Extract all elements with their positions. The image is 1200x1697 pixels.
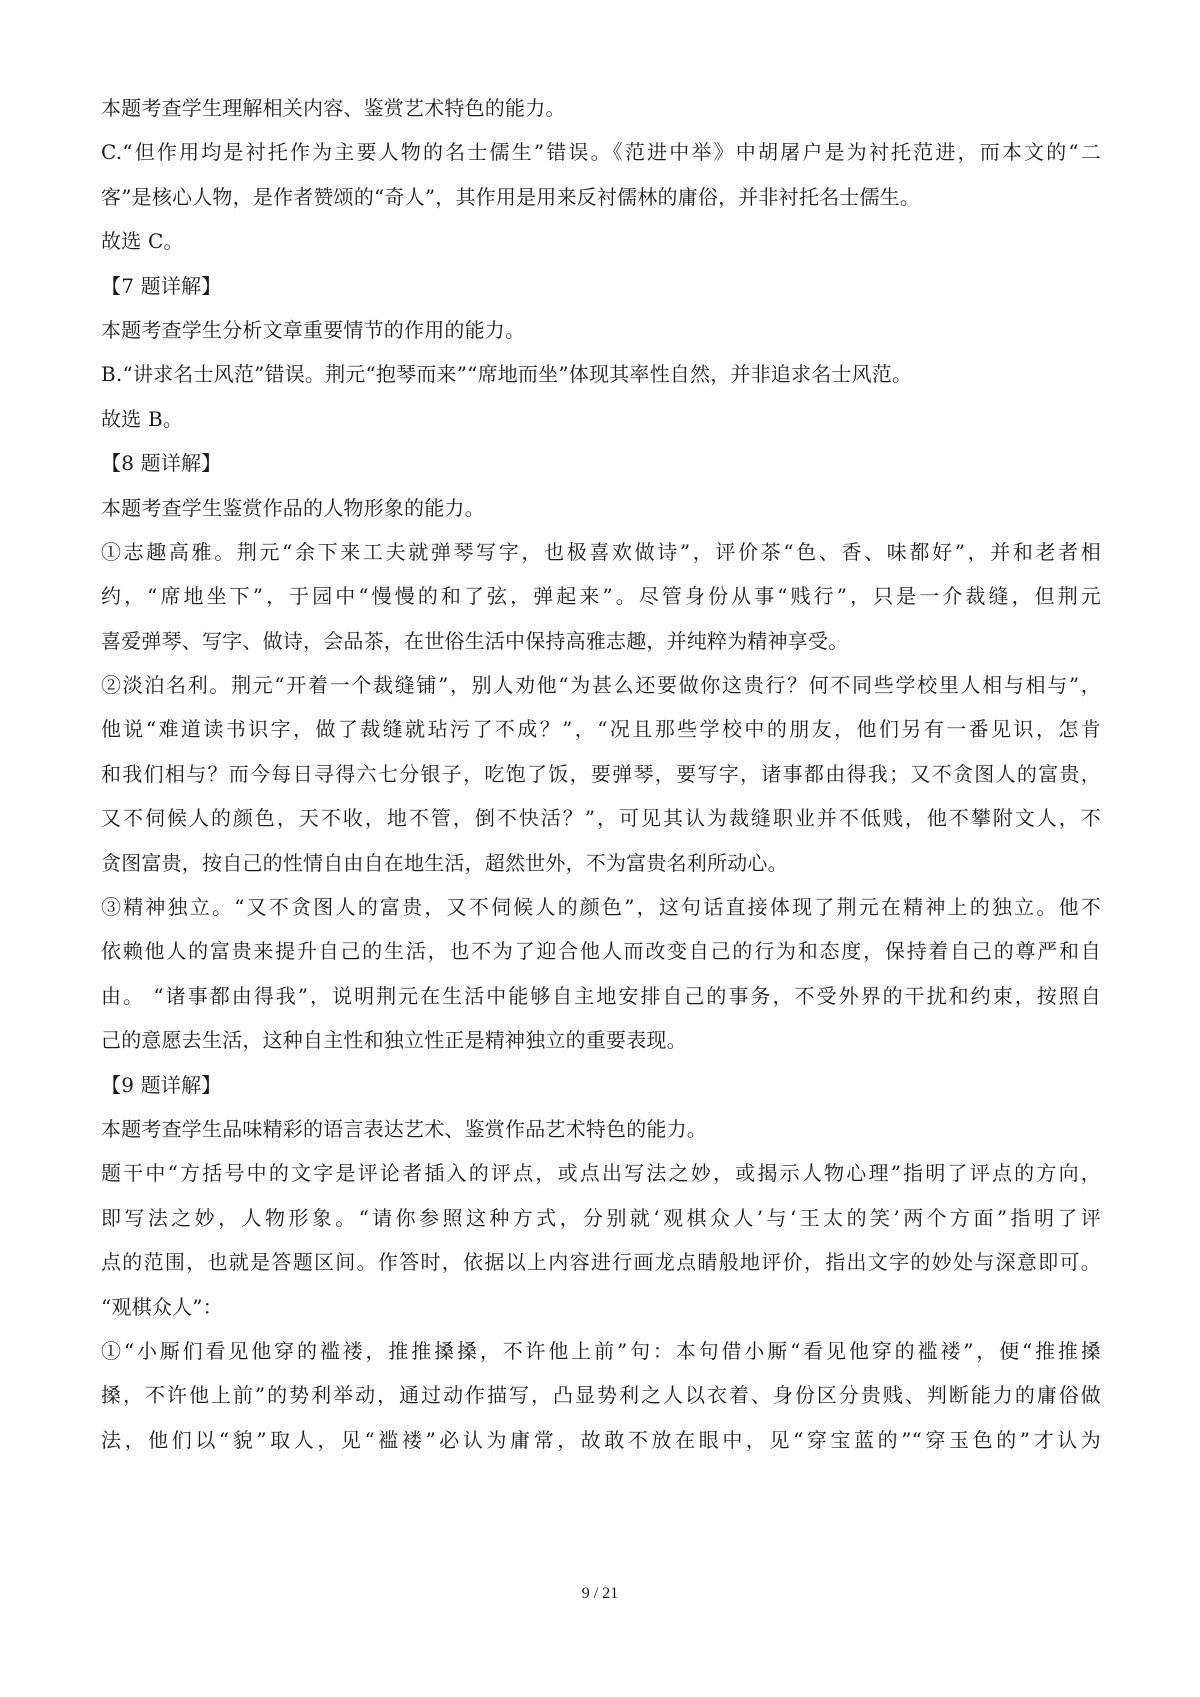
text-line: 本题考查学生分析文章重要情节的作用的能力。 — [101, 308, 1101, 352]
text-line: 己的意愿去生活，这种自主性和独立性正是精神独立的重要表现。 — [101, 1018, 1101, 1062]
text-line: 本题考查学生理解相关内容、鉴赏艺术特色的能力。 — [101, 86, 1101, 130]
text-line: 【8 题详解】 — [101, 441, 1101, 485]
text-line: “观棋众人”： — [101, 1285, 1101, 1329]
text-line: ②淡泊名利。荆元“开着一个裁缝铺”，别人劝他“为甚么还要做你这贵行？何不同些学校… — [101, 663, 1101, 707]
text-line: 故选 C。 — [101, 219, 1101, 263]
text-line: ③精神独立。“又不贪图人的富贵，又不伺候人的颜色”，这句话直接体现了荆元在精神上… — [101, 885, 1101, 929]
text-line: 和我们相与？而今每日寻得六七分银子，吃饱了饭，要弹琴，要写字，诸事都由得我；又不… — [101, 752, 1101, 796]
text-line: 约，“席地坐下”，于园中“慢慢的和了弦，弹起来”。尽管身份从事“贱行”，只是一介… — [101, 574, 1101, 618]
text-line: 本题考查学生品味精彩的语言表达艺术、鉴赏作品艺术特色的能力。 — [101, 1107, 1101, 1151]
text-line: 【7 题详解】 — [101, 264, 1101, 308]
text-line: 由。 “诸事都由得我”，说明荆元在生活中能够自主地安排自己的事务，不受外界的干扰… — [101, 974, 1101, 1018]
text-line: C.“但作用均是衬托作为主要人物的名士儒生”错误。《范进中举》中胡屠户是为衬托范… — [101, 130, 1101, 174]
text-line: B.“讲求名士风范”错误。荆元“抱琴而来”“席地而坐”体现其率性自然，并非追求名… — [101, 352, 1101, 396]
text-line: 点的范围，也就是答题区间。作答时，依据以上内容进行画龙点睛般地评价，指出文字的妙… — [101, 1240, 1101, 1284]
text-line: 即写法之妙，人物形象。“请你参照这种方式，分别就‘观棋众人’与‘王太的笑’两个方… — [101, 1196, 1101, 1240]
text-line: 客”是核心人物，是作者赞颂的“奇人”，其作用是用来反衬儒林的庸俗，并非衬托名士儒… — [101, 175, 1101, 219]
text-line: 题干中“方括号中的文字是评论者插入的评点，或点出写法之妙，或揭示人物心理”指明了… — [101, 1151, 1101, 1195]
text-line: ①志趣高雅。荆元“余下来工夫就弹琴写字，也极喜欢做诗”，评价茶“色、香、味都好”… — [101, 530, 1101, 574]
text-line: 贪图富贵，按自己的性情自由自在地生活，超然世外，不为富贵名利所动心。 — [101, 841, 1101, 885]
text-line: 喜爱弹琴、写字、做诗，会品茶，在世俗生活中保持高雅志趣，并纯粹为精神享受。 — [101, 619, 1101, 663]
text-line: 【9 题详解】 — [101, 1063, 1101, 1107]
document-body: 本题考查学生理解相关内容、鉴赏艺术特色的能力。C.“但作用均是衬托作为主要人物的… — [101, 86, 1101, 1462]
page-number: 9 / 21 — [0, 1585, 1200, 1603]
document-page: 本题考查学生理解相关内容、鉴赏艺术特色的能力。C.“但作用均是衬托作为主要人物的… — [0, 0, 1200, 1697]
text-line: 搡，不许他上前”的势利举动，通过动作描写，凸显势利之人以衣着、身份区分贵贱、判断… — [101, 1373, 1101, 1417]
text-line: 依赖他人的富贵来提升自己的生活，也不为了迎合他人而改变自己的行为和态度，保持着自… — [101, 929, 1101, 973]
text-line: 他说“难道读书识字，做了裁缝就玷污了不成？”，“况且那些学校中的朋友，他们另有一… — [101, 707, 1101, 751]
text-line: 本题考查学生鉴赏作品的人物形象的能力。 — [101, 486, 1101, 530]
text-line: 法，他们以“貌”取人，见“褴褛”必认为庸常，故敢不放在眼中，见“穿宝蓝的”“穿玉… — [101, 1418, 1101, 1462]
text-line: 故选 B。 — [101, 397, 1101, 441]
text-line: ①“小厮们看见他穿的褴褛，推推搡搡，不许他上前”句：本句借小厮“看见他穿的褴褛”… — [101, 1329, 1101, 1373]
text-line: 又不伺候人的颜色，天不收，地不管，倒不快活？”，可见其认为裁缝职业并不低贱，他不… — [101, 796, 1101, 840]
